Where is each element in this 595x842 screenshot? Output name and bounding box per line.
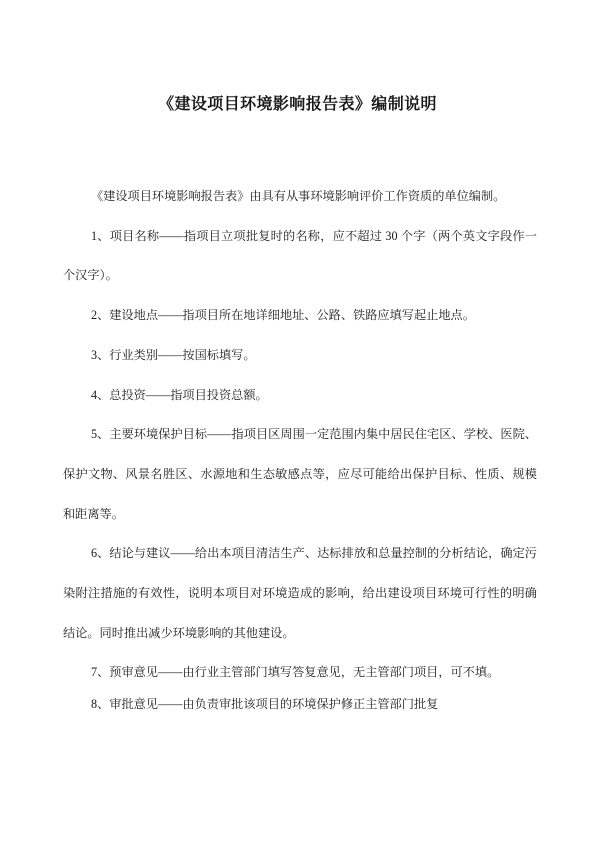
document-title: 《建设项目环境影响报告表》编制说明 <box>0 0 595 115</box>
item-2-construction-site: 2、建设地点——指项目所在地详细地址、公路、铁路应填写起止地点。 <box>63 296 537 336</box>
item-6-conclusions-suggestions: 6、结论与建议——给出本项目清洁生产、达标排放和总量控制的分析结论，确定污染附注… <box>63 534 537 653</box>
item-5-protection-targets: 5、主要环境保护目标——指项目区周围一定范围内集中居民住宅区、学校、医院、保护文… <box>63 415 537 534</box>
document-body: 《建设项目环境影响报告表》由具有从事环境影响评价工作资质的单位编制。 1、项目名… <box>63 177 537 724</box>
document-page: 《建设项目环境影响报告表》编制说明 《建设项目环境影响报告表》由具有从事环境影响… <box>0 0 595 842</box>
item-3-industry-category: 3、行业类别——按国标填写。 <box>63 336 537 376</box>
intro-paragraph: 《建设项目环境影响报告表》由具有从事环境影响评价工作资质的单位编制。 <box>63 177 537 217</box>
item-4-total-investment: 4、总投资——指项目投资总额。 <box>63 376 537 416</box>
item-1-project-name: 1、项目名称——指项目立项批复时的名称，应不超过 30 个字（两个英文字段作一个… <box>63 217 537 296</box>
